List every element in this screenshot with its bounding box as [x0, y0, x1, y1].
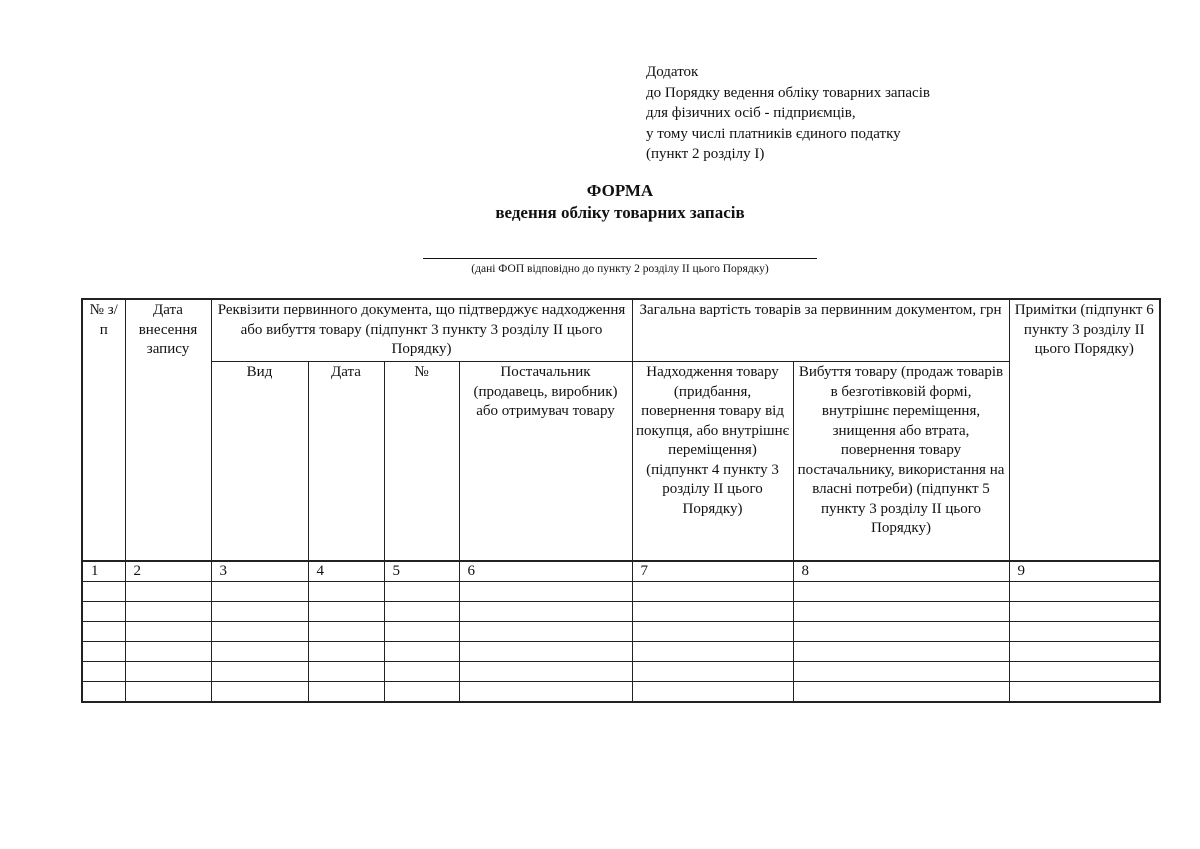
table-cell[interactable]	[211, 622, 308, 642]
table-cell[interactable]	[125, 582, 211, 602]
form-title: ФОРМА ведення обліку товарних запасів	[0, 180, 1200, 224]
header-row-main: № з/п Дата внесення запису Реквізити пер…	[82, 299, 1160, 362]
header-primary-doc: Реквізити первинного документа, що підтв…	[211, 299, 632, 362]
header-notes: Примітки (підпункт 6 пункту 3 розділу ІІ…	[1009, 299, 1160, 561]
table-cell[interactable]	[459, 622, 632, 642]
table-cell[interactable]	[793, 682, 1009, 703]
header-entry-date: Дата внесення запису	[125, 299, 211, 561]
table-cell[interactable]	[211, 582, 308, 602]
table-row	[82, 642, 1160, 662]
column-number: 2	[125, 561, 211, 582]
table-cell[interactable]	[82, 602, 125, 622]
entry-rows	[82, 582, 1160, 703]
table-cell[interactable]	[793, 642, 1009, 662]
table-cell[interactable]	[632, 582, 793, 602]
table-row	[82, 662, 1160, 682]
appendix-line: у тому числі платників єдиного податку	[646, 124, 930, 145]
table-cell[interactable]	[308, 622, 384, 642]
table-cell[interactable]	[793, 662, 1009, 682]
header-doc-date: Дата	[308, 362, 384, 562]
table-cell[interactable]	[459, 602, 632, 622]
table-cell[interactable]	[82, 682, 125, 703]
table-cell[interactable]	[125, 662, 211, 682]
table-cell[interactable]	[125, 602, 211, 622]
header-total-value: Загальна вартість товарів за первинним д…	[632, 299, 1009, 362]
table-row	[82, 602, 1160, 622]
table-cell[interactable]	[82, 642, 125, 662]
fop-data-field[interactable]	[423, 258, 817, 259]
table-cell[interactable]	[384, 662, 459, 682]
form-title-line2: ведення обліку товарних запасів	[0, 202, 1200, 224]
column-number: 6	[459, 561, 632, 582]
header-row-sub: Вид Дата № Постачальник (продавець, виро…	[82, 362, 1160, 562]
table-cell[interactable]	[459, 642, 632, 662]
column-number: 3	[211, 561, 308, 582]
column-number: 1	[82, 561, 125, 582]
column-number: 9	[1009, 561, 1160, 582]
table-cell[interactable]	[384, 602, 459, 622]
appendix-line: (пункт 2 розділу І)	[646, 144, 930, 165]
header-num: № з/п	[82, 299, 125, 561]
table-cell[interactable]	[459, 682, 632, 703]
inventory-ledger-table: № з/п Дата внесення запису Реквізити пер…	[81, 298, 1161, 703]
table-cell[interactable]	[793, 582, 1009, 602]
header-doc-number: №	[384, 362, 459, 562]
column-number: 7	[632, 561, 793, 582]
table-cell[interactable]	[211, 602, 308, 622]
fop-data-caption: (дані ФОП відповідно до пункту 2 розділу…	[423, 262, 817, 277]
table-cell[interactable]	[384, 682, 459, 703]
table-cell[interactable]	[211, 682, 308, 703]
table-cell[interactable]	[1009, 642, 1160, 662]
table-cell[interactable]	[384, 642, 459, 662]
table-cell[interactable]	[82, 622, 125, 642]
table-cell[interactable]	[211, 662, 308, 682]
table-cell[interactable]	[1009, 602, 1160, 622]
table-cell[interactable]	[459, 662, 632, 682]
table-cell[interactable]	[632, 602, 793, 622]
table-cell[interactable]	[82, 582, 125, 602]
appendix-note: Додаток до Порядку ведення обліку товарн…	[646, 62, 930, 165]
table-cell[interactable]	[211, 642, 308, 662]
header-receipt: Надходження товару (придбання, поверненн…	[632, 362, 793, 562]
table-cell[interactable]	[632, 642, 793, 662]
column-number-row: 1 2 3 4 5 6 7 8 9	[82, 561, 1160, 582]
table-cell[interactable]	[384, 622, 459, 642]
table-cell[interactable]	[459, 582, 632, 602]
table-cell[interactable]	[125, 642, 211, 662]
table-cell[interactable]	[308, 602, 384, 622]
table-cell[interactable]	[308, 662, 384, 682]
table-cell[interactable]	[308, 582, 384, 602]
header-doc-type: Вид	[211, 362, 308, 562]
header-disposal: Вибуття товару (продаж товарів в безготі…	[793, 362, 1009, 562]
appendix-line: Додаток	[646, 62, 930, 83]
column-number: 8	[793, 561, 1009, 582]
table-cell[interactable]	[308, 642, 384, 662]
table-row	[82, 622, 1160, 642]
column-number: 5	[384, 561, 459, 582]
table-cell[interactable]	[384, 582, 459, 602]
table-cell[interactable]	[1009, 582, 1160, 602]
appendix-line: для фізичних осіб - підприємців,	[646, 103, 930, 124]
column-number: 4	[308, 561, 384, 582]
table-cell[interactable]	[793, 622, 1009, 642]
table-cell[interactable]	[632, 622, 793, 642]
table-cell[interactable]	[308, 682, 384, 703]
table-cell[interactable]	[1009, 682, 1160, 703]
table-row	[82, 682, 1160, 703]
appendix-line: до Порядку ведення обліку товарних запас…	[646, 83, 930, 104]
table-cell[interactable]	[793, 602, 1009, 622]
table-cell[interactable]	[632, 682, 793, 703]
table-row	[82, 582, 1160, 602]
form-title-line1: ФОРМА	[0, 180, 1200, 202]
table-cell[interactable]	[632, 662, 793, 682]
table-cell[interactable]	[1009, 622, 1160, 642]
table-cell[interactable]	[1009, 662, 1160, 682]
table-cell[interactable]	[82, 662, 125, 682]
header-counterparty: Постачальник (продавець, виробник) або о…	[459, 362, 632, 562]
table-cell[interactable]	[125, 682, 211, 703]
table-cell[interactable]	[125, 622, 211, 642]
